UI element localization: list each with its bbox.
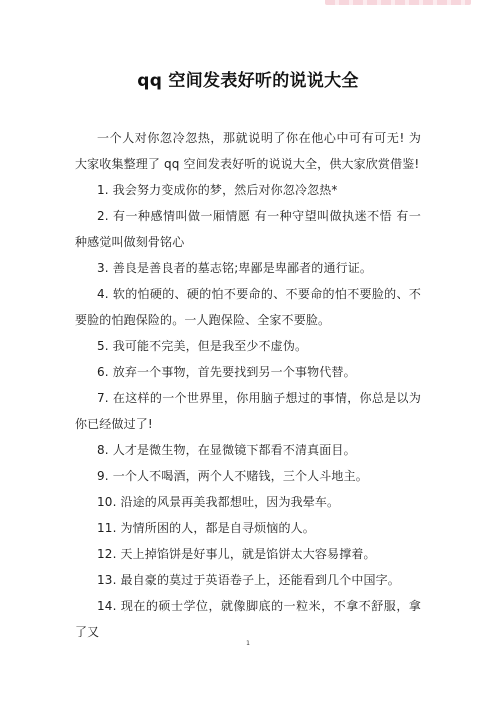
watermark-strip: [325, 0, 471, 5]
list-item: 9. 一个人不喝酒，两个人不赌钱，三个人斗地主。: [75, 463, 421, 489]
list-item: 5. 我可能不完美，但是我至少不虚伪。: [75, 333, 421, 359]
document-body: 一个人对你忽冷忽热，那就说明了你在他心中可有可无! 为大家收集整理了 qq 空间…: [75, 125, 421, 645]
list-item: 8. 人才是微生物，在显微镜下都看不清真面目。: [75, 437, 421, 463]
document-title: qq 空间发表好听的说说大全: [75, 70, 421, 92]
intro-paragraph: 一个人对你忽冷忽热，那就说明了你在他心中可有可无! 为大家收集整理了 qq 空间…: [75, 125, 421, 177]
list-item: 12. 天上掉馅饼是好事儿，就是馅饼太大容易撑着。: [75, 541, 421, 567]
list-item: 7. 在这样的一个世界里，你用脑子想过的事情，你总是以为你已经做过了!: [75, 385, 421, 437]
list-item: 6. 放弃一个事物，首先要找到另一个事物代替。: [75, 359, 421, 385]
list-item: 2. 有一种感情叫做一厢情愿 有一种守望叫做执迷不悟 有一种感觉叫做刻骨铭心: [75, 203, 421, 255]
list-item: 1. 我会努力变成你的梦，然后对你忽冷忽热*: [75, 177, 421, 203]
list-item: 13. 最自豪的莫过于英语卷子上，还能看到几个中国字。: [75, 567, 421, 593]
page-number: 1: [243, 640, 253, 647]
list-item: 3. 善良是善良者的墓志铭;卑鄙是卑鄙者的通行证。: [75, 255, 421, 281]
list-item: 11. 为情所困的人，都是自寻烦恼的人。: [75, 515, 421, 541]
list-item: 4. 软的怕硬的、硬的怕不要命的、不要命的怕不要脸的、不要脸的怕跑保险的。一人跑…: [75, 281, 421, 333]
list-item: 10. 沿途的风景再美我都想吐，因为我晕车。: [75, 489, 421, 515]
list-item: 14. 现在的硕士学位，就像脚底的一粒米，不拿不舒服，拿了又: [75, 593, 421, 645]
